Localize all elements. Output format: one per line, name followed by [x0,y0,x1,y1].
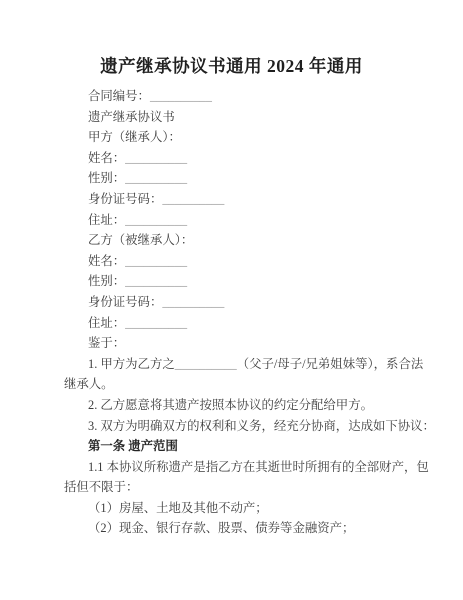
document-line: 性别：__________ [0,168,463,189]
blank-field: __________ [125,171,187,185]
blank-field: __________ [125,213,187,227]
document-line: 甲方（继承人）： [0,127,463,148]
document-title: 遗产继承协议书通用 2024 年通用 [0,53,463,79]
blank-field: __________ [125,151,187,165]
document-line: 第一条 遗产范围 [0,436,463,457]
document-line: （1）房屋、土地及其他不动产； [0,498,463,519]
document-line: 括但不限于： [0,477,463,498]
document-line: 身份证号码：__________ [0,189,463,210]
document-line: 遗产继承协议书 [0,107,463,128]
document-line: 合同编号：__________ [0,86,463,107]
document-line: 2. 乙方愿意将其遗产按照本协议的约定分配给甲方。 [0,395,463,416]
document-line: （2）现金、银行存款、股票、债券等金融资产； [0,518,463,539]
blank-field: __________ [162,192,224,206]
blank-field: __________ [175,357,237,371]
document-body: 合同编号：__________遗产继承协议书甲方（继承人）：姓名：_______… [0,86,463,539]
document-page: 遗产继承协议书通用 2024 年通用 合同编号：__________遗产继承协议… [0,0,463,600]
document-line: 身份证号码：__________ [0,292,463,313]
blank-field: __________ [150,89,212,103]
document-line: 性别：__________ [0,271,463,292]
document-line: 1.1 本协议所称遗产是指乙方在其逝世时所拥有的全部财产，包 [0,457,463,478]
blank-field: __________ [125,254,187,268]
document-line: 姓名：__________ [0,251,463,272]
document-line: 1. 甲方为乙方之__________（父子/母子/兄弟姐妹等），系合法 [0,354,463,375]
document-line: 继承人。 [0,374,463,395]
document-line: 住址：__________ [0,313,463,334]
document-line: 姓名：__________ [0,148,463,169]
document-line: 鉴于： [0,333,463,354]
document-line: 住址：__________ [0,210,463,231]
blank-field: __________ [162,295,224,309]
document-line: 3. 双方为明确双方的权利和义务，经充分协商，达成如下协议： [0,416,463,437]
document-line: 乙方（被继承人）： [0,230,463,251]
blank-field: __________ [125,316,187,330]
blank-field: __________ [125,274,187,288]
